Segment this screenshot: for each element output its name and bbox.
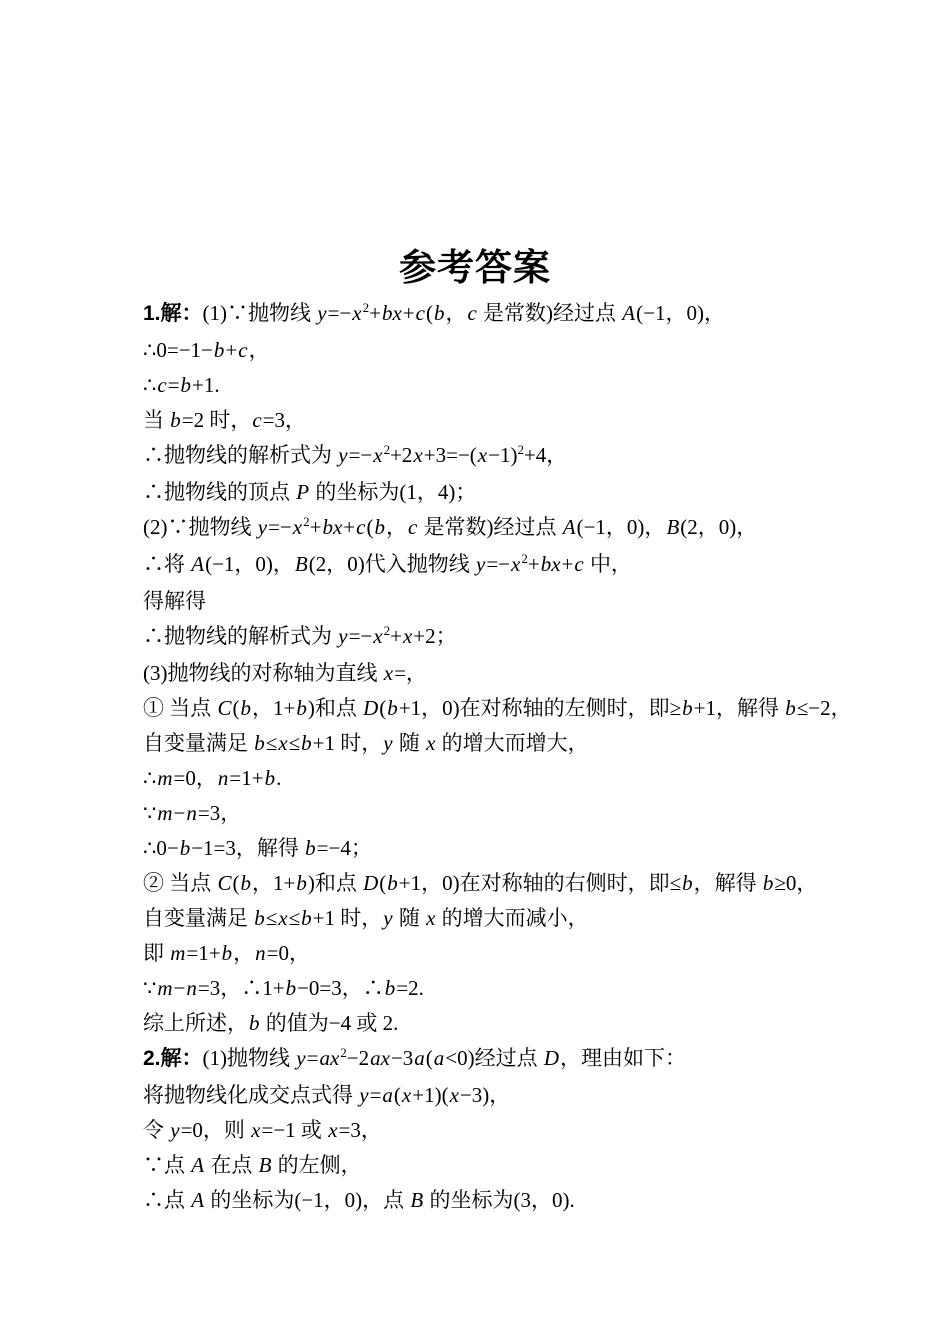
math-variable: m — [156, 766, 173, 790]
text-segment: =−4； — [317, 836, 372, 860]
math-variable: c — [251, 408, 262, 432]
text-segment: 综上所述， — [143, 1011, 248, 1035]
math-variable: x — [425, 731, 436, 755]
text-segment: =3， — [263, 408, 306, 432]
text-segment: )和点 — [308, 871, 362, 895]
text-segment: +3=−( — [424, 443, 477, 467]
text-segment: −3)， — [460, 1083, 510, 1107]
text-segment: +1，解得 — [694, 696, 785, 720]
text-segment: )和点 — [308, 696, 362, 720]
text-segment: ，1+ — [252, 696, 295, 720]
text-segment: 随 — [394, 906, 426, 930]
math-variable: x — [401, 1083, 412, 1107]
text-segment: =−1 或 — [262, 1118, 328, 1142]
text-segment: ∴抛物线的解析式为 — [143, 443, 337, 467]
text-segment: +2； — [413, 624, 456, 648]
problem-label: 2.解： — [143, 1047, 203, 1070]
math-variable: x — [327, 1118, 338, 1142]
answer-line: ∵点 A 在点 B 的左侧， — [143, 1148, 863, 1183]
math-variable: c — [407, 515, 418, 539]
math-variable: D — [362, 696, 379, 720]
math-variable: b — [253, 731, 266, 755]
answer-line: 得解得 — [143, 584, 863, 619]
text-segment: ∴0=−1− — [143, 338, 213, 362]
text-segment: (3)抛物线的对称轴为直线 — [143, 661, 383, 685]
math-variable: x — [277, 906, 288, 930]
text-segment: + — [562, 552, 574, 576]
text-segment: =− — [349, 443, 373, 467]
text-segment: 的增大而增大， — [436, 731, 588, 755]
superscript: 2 — [363, 300, 370, 315]
text-segment: (2，0)代入抛物线 — [309, 552, 475, 576]
text-segment: =1+ — [186, 941, 220, 965]
text-segment: ∴ — [143, 766, 156, 790]
text-segment: +1. — [192, 373, 220, 397]
answer-line: 自变量满足 b≤x≤b+1 时，y 随 x 的增大而增大， — [143, 726, 863, 761]
answer-line: ∴c=b+1. — [143, 368, 863, 403]
text-segment: ∵ — [143, 976, 156, 1000]
math-variable: b — [295, 871, 308, 895]
math-variable: x — [449, 1083, 460, 1107]
text-segment: +1 时， — [313, 731, 383, 755]
text-segment: =0， — [174, 766, 217, 790]
superscript: 2 — [303, 514, 310, 529]
text-segment: − — [174, 976, 186, 1000]
text-segment: ( — [233, 871, 240, 895]
text-segment: (−1，0)， — [205, 552, 294, 576]
math-variable: b — [784, 696, 797, 720]
text-segment: =3， — [198, 801, 241, 825]
math-variable: ax — [369, 1046, 391, 1070]
text-segment: ≤−2， — [797, 696, 852, 720]
answer-line: (3)抛物线的对称轴为直线 x=， — [143, 656, 863, 691]
text-segment: + — [343, 515, 355, 539]
text-segment: ， — [445, 301, 466, 325]
text-segment: ≤ — [289, 731, 301, 755]
text-segment: =3，∴1+ — [198, 976, 285, 1000]
text-segment: +1)( — [412, 1083, 448, 1107]
text-segment: −1=3，解得 — [191, 836, 304, 860]
answer-line: 2.解：(1)抛物线 y=ax2−2ax−3a(a<0)经过点 D，理由如下： — [143, 1041, 863, 1078]
math-variable: a — [433, 1046, 446, 1070]
text-segment: 中， — [585, 552, 632, 576]
math-variable: b — [221, 941, 234, 965]
math-variable: b — [762, 871, 775, 895]
superscript: 2 — [340, 1045, 347, 1060]
text-segment: ，解得 — [694, 871, 762, 895]
answer-line: 即 m=1+b，n=0， — [143, 936, 863, 971]
text-segment: ∴抛物线的解析式为 — [143, 624, 337, 648]
text-segment: ， — [233, 941, 254, 965]
text-segment: ( — [426, 301, 433, 325]
answer-line: 1.解：(1)∵抛物线 y=−x2+bx+c(b，c 是常数)经过点 A(−1，… — [143, 296, 863, 333]
math-variable: ax — [318, 1046, 340, 1070]
text-segment: 当 — [143, 408, 169, 432]
math-variable: c — [466, 301, 477, 325]
text-segment: + — [310, 515, 322, 539]
text-segment: +4， — [524, 443, 567, 467]
math-variable: y — [295, 1046, 306, 1070]
answer-sheet: 参考答案 1.解：(1)∵抛物线 y=−x2+bx+c(b，c 是常数)经过点 … — [0, 0, 950, 1344]
answer-line: (2)∵抛物线 y=−x2+bx+c(b，c 是常数)经过点 A(−1，0)，B… — [143, 510, 863, 547]
math-variable: b — [240, 696, 253, 720]
answer-line: 当 b=2 时，c=3， — [143, 403, 863, 438]
text-segment: −1) — [488, 443, 517, 467]
math-variable: b — [433, 301, 446, 325]
math-variable: A — [190, 1153, 205, 1177]
text-segment: =3， — [339, 1118, 382, 1142]
math-variable: m — [156, 801, 173, 825]
text-segment: 即 — [143, 941, 169, 965]
answer-line: ∴0=−1−b+c， — [143, 333, 863, 368]
math-variable: A — [621, 301, 636, 325]
text-segment: 的左侧， — [272, 1153, 361, 1177]
math-variable: D — [543, 1046, 560, 1070]
text-segment: =− — [268, 515, 292, 539]
math-variable: x — [383, 661, 394, 685]
text-segment: ∴点 — [143, 1188, 190, 1212]
math-variable: B — [258, 1153, 273, 1177]
math-variable: x — [402, 624, 413, 648]
text-segment: 的坐标为(−1，0)，点 — [205, 1188, 409, 1212]
answer-line: ② 当点 C(b，1+b)和点 D(b+1，0)在对称轴的右侧时，即≤b，解得 … — [143, 866, 863, 901]
math-variable: B — [665, 515, 680, 539]
text-segment: 随 — [394, 731, 426, 755]
text-segment: + — [403, 301, 415, 325]
math-variable: D — [362, 871, 379, 895]
math-variable: x — [510, 552, 521, 576]
answer-line: 综上所述，b 的值为−4 或 2. — [143, 1006, 863, 1041]
math-variable: A — [190, 1188, 205, 1212]
math-variable: bx — [381, 301, 403, 325]
superscript: 2 — [521, 551, 528, 566]
text-segment: 是常数)经过点 — [478, 301, 622, 325]
math-variable: n — [254, 941, 267, 965]
text-segment: = — [370, 1083, 382, 1107]
text-segment: ∴抛物线的顶点 — [143, 480, 295, 504]
text-segment: ，1+ — [252, 871, 295, 895]
text-segment: ， — [386, 515, 407, 539]
math-variable: y — [337, 443, 348, 467]
math-variable: C — [217, 871, 233, 895]
answer-line: ∵m−n=3， — [143, 796, 863, 831]
text-segment: =0， — [267, 941, 310, 965]
text-segment: (1)抛物线 — [203, 1046, 296, 1070]
text-segment: ( — [394, 1083, 401, 1107]
math-variable: n — [217, 766, 230, 790]
text-segment: =− — [349, 624, 373, 648]
math-variable: bx — [321, 515, 343, 539]
text-segment: + — [528, 552, 540, 576]
text-segment: − — [174, 801, 186, 825]
answer-line: ∴抛物线的顶点 P 的坐标为(1，4)； — [143, 475, 863, 510]
text-segment: ( — [233, 696, 240, 720]
text-segment: 在点 — [205, 1153, 258, 1177]
math-variable: b — [304, 836, 317, 860]
math-variable: c — [415, 301, 426, 325]
text-segment: ≤ — [266, 906, 278, 930]
text-segment: 的坐标为(1，4)； — [310, 480, 476, 504]
answer-line: ∴m=0，n=1+b. — [143, 761, 863, 796]
answer-content: 1.解：(1)∵抛物线 y=−x2+bx+c(b，c 是常数)经过点 A(−1，… — [143, 296, 863, 1218]
text-segment: ≥0， — [774, 871, 817, 895]
math-variable: x — [412, 443, 423, 467]
math-variable: b — [300, 906, 313, 930]
text-segment: 的坐标为(3，0). — [424, 1188, 575, 1212]
math-variable: b — [300, 731, 313, 755]
math-variable: b — [384, 976, 397, 1000]
math-variable: b — [213, 338, 226, 362]
text-segment: 的值为−4 或 2. — [261, 1011, 399, 1035]
text-segment: = — [168, 373, 180, 397]
math-variable: P — [295, 480, 310, 504]
math-variable: c — [573, 552, 584, 576]
math-variable: B — [294, 552, 309, 576]
text-segment: 自变量满足 — [143, 906, 253, 930]
math-variable: b — [295, 696, 308, 720]
text-segment: ≤ — [266, 731, 278, 755]
math-variable: b — [240, 871, 253, 895]
answer-line: ∴0−b−1=3，解得 b=−4； — [143, 831, 863, 866]
math-variable: A — [562, 515, 577, 539]
text-segment: =− — [328, 301, 352, 325]
math-variable: m — [169, 941, 186, 965]
answer-line: 将抛物线化成交点式得 y=a(x+1)(x−3)， — [143, 1078, 863, 1113]
math-variable: b — [180, 373, 193, 397]
text-segment: (−1，0)， — [636, 301, 725, 325]
text-segment: = — [307, 1046, 319, 1070]
text-segment: 是常数)经过点 — [418, 515, 562, 539]
math-variable: y — [358, 1083, 369, 1107]
math-variable: b — [285, 976, 298, 1000]
text-segment: 令 — [143, 1118, 169, 1142]
math-variable: B — [409, 1188, 424, 1212]
text-segment: + — [369, 301, 381, 325]
math-variable: y — [382, 731, 393, 755]
text-segment: (−1，0)， — [577, 515, 666, 539]
answer-line: ∵m−n=3，∴1+b−0=3，∴b=2. — [143, 971, 863, 1006]
problem-label: 1.解： — [143, 302, 203, 325]
text-segment: ∴将 — [143, 552, 190, 576]
math-variable: A — [190, 552, 205, 576]
math-variable: b — [169, 408, 182, 432]
text-segment: +1 时， — [313, 906, 383, 930]
text-segment: 自变量满足 — [143, 731, 253, 755]
math-variable: x — [277, 731, 288, 755]
text-segment: ① 当点 — [143, 696, 217, 720]
math-variable: bx — [540, 552, 562, 576]
answer-line: ∴将 A(−1，0)，B(2，0)代入抛物线 y=−x2+bx+c 中， — [143, 547, 863, 584]
math-variable: y — [337, 624, 348, 648]
math-variable: y — [169, 1118, 180, 1142]
text-segment: =2. — [396, 976, 424, 1000]
math-variable: a — [413, 1046, 426, 1070]
text-segment: 的增大而减小， — [436, 906, 588, 930]
text-segment: ， — [249, 338, 270, 362]
answer-line: 自变量满足 b≤x≤b+1 时，y 随 x 的增大而减小， — [143, 901, 863, 936]
text-segment: ≤ — [289, 906, 301, 930]
text-segment: ∵ — [143, 801, 156, 825]
text-segment: (2，0)， — [680, 515, 757, 539]
answer-line: ∴抛物线的解析式为 y=−x2+x+2； — [143, 619, 863, 656]
page-title: 参考答案 — [0, 243, 950, 293]
text-segment: =0，则 — [181, 1118, 251, 1142]
math-variable: n — [185, 801, 198, 825]
text-segment: ，理由如下： — [560, 1046, 686, 1070]
math-variable: b — [373, 515, 386, 539]
text-segment: 将抛物线化成交点式得 — [143, 1083, 358, 1107]
text-segment: ∴ — [143, 373, 156, 397]
superscript: 2 — [384, 442, 391, 457]
math-variable: x — [372, 624, 383, 648]
text-segment: −3 — [391, 1046, 413, 1070]
text-segment: + — [225, 338, 237, 362]
text-segment: ∵点 — [143, 1153, 190, 1177]
math-variable: y — [382, 906, 393, 930]
text-segment: +1，0)在对称轴的右侧时，即≤ — [399, 871, 681, 895]
math-variable: c — [156, 373, 167, 397]
text-segment: 得解得 — [143, 589, 206, 613]
text-segment: +1，0)在对称轴的左侧时，即≥ — [399, 696, 681, 720]
math-variable: x — [351, 301, 362, 325]
text-segment: −0=3，∴ — [297, 976, 384, 1000]
text-segment: ( — [426, 1046, 433, 1070]
math-variable: m — [156, 976, 173, 1000]
superscript: 2 — [384, 623, 391, 638]
math-variable: y — [257, 515, 268, 539]
math-variable: b — [179, 836, 192, 860]
math-variable: b — [681, 696, 694, 720]
answer-line: ∴抛物线的解析式为 y=−x2+2x+3=−(x−1)2+4， — [143, 438, 863, 475]
math-variable: b — [681, 871, 694, 895]
math-variable: n — [185, 976, 198, 1000]
answer-line: 令 y=0，则 x=−1 或 x=3， — [143, 1113, 863, 1148]
math-variable: x — [425, 906, 436, 930]
text-segment: =− — [486, 552, 510, 576]
text-segment: . — [276, 766, 281, 790]
text-segment: <0)经过点 — [445, 1046, 543, 1070]
math-variable: a — [381, 1083, 394, 1107]
text-segment: (1)∵抛物线 — [203, 301, 317, 325]
text-segment: +2 — [390, 443, 412, 467]
answer-line: ① 当点 C(b，1+b)和点 D(b+1，0)在对称轴的左侧时，即≥b+1，解… — [143, 691, 863, 726]
text-segment: =， — [394, 661, 427, 685]
superscript: 2 — [517, 442, 524, 457]
text-segment: ② 当点 — [143, 871, 217, 895]
text-segment: =1+ — [229, 766, 263, 790]
text-segment: −2 — [347, 1046, 369, 1070]
text-segment: (2)∵抛物线 — [143, 515, 257, 539]
math-variable: c — [355, 515, 366, 539]
math-variable: x — [250, 1118, 261, 1142]
math-variable: y — [316, 301, 327, 325]
math-variable: b — [386, 871, 399, 895]
math-variable: b — [248, 1011, 261, 1035]
math-variable: c — [237, 338, 248, 362]
math-variable: x — [477, 443, 488, 467]
answer-line: ∴点 A 的坐标为(−1，0)，点 B 的坐标为(3，0). — [143, 1183, 863, 1218]
math-variable: x — [292, 515, 303, 539]
math-variable: C — [217, 696, 233, 720]
math-variable: b — [253, 906, 266, 930]
text-segment: =2 时， — [182, 408, 252, 432]
text-segment: ∴0− — [143, 836, 179, 860]
math-variable: b — [386, 696, 399, 720]
math-variable: b — [264, 766, 277, 790]
text-segment: + — [390, 624, 402, 648]
math-variable: y — [475, 552, 486, 576]
math-variable: x — [372, 443, 383, 467]
